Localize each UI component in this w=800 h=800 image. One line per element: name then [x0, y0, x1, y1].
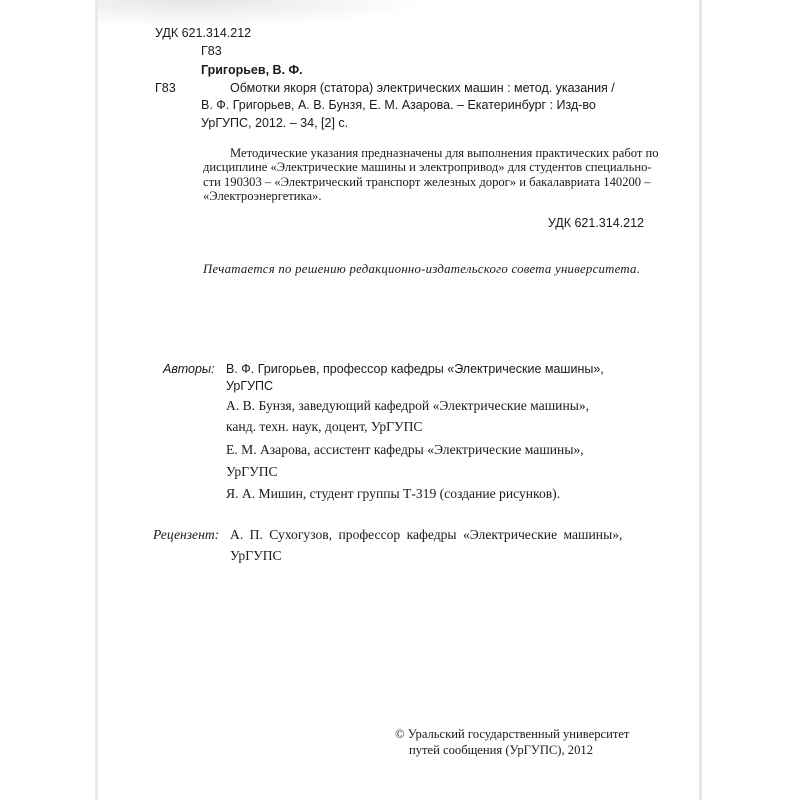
copyright-line1: © Уральский государственный университет [395, 726, 629, 742]
annotation-line: дисциплине «Электрические машины и элект… [203, 160, 644, 174]
annotation-line: Методические указания предназначены для … [203, 146, 644, 160]
udk-code-top: УДК 621.314.212 [155, 24, 251, 42]
book-publisher: УрГУПС, 2012. – 34, [2] с. [201, 114, 348, 132]
author-entry-3-line2: УрГУПС [226, 464, 278, 480]
author-entry-1-line1: В. Ф. Григорьев, профессор кафедры «Элек… [226, 362, 604, 376]
author-heading: Григорьев, В. Ф. [201, 61, 303, 79]
reviewer-line2: УрГУПС [230, 548, 282, 564]
author-entry-2-line2: канд. техн. наук, доцент, УрГУПС [226, 419, 423, 435]
udk-code-right: УДК 621.314.212 [548, 216, 644, 230]
author-entry-4-line1: Я. А. Мишин, студент группы Т-319 (созда… [226, 486, 560, 502]
author-mark-indented: Г83 [201, 42, 222, 60]
annotation-paragraph: Методические указания предназначены для … [203, 146, 644, 204]
imprint-note: Печатается по решению редакционно-издате… [203, 262, 640, 277]
author-mark-left: Г83 [155, 79, 176, 97]
reviewer-line1: А. П. Сухогузов, профессор кафедры «Элек… [230, 527, 622, 543]
annotation-line: сти 190303 – «Электрический транспорт же… [203, 175, 644, 189]
author-entry-2-line1: А. В. Бунзя, заведующий кафедрой «Электр… [226, 398, 589, 414]
annotation-line: «Электроэнергетика». [203, 189, 644, 203]
book-authors: В. Ф. Григорьев, А. В. Бунзя, Е. М. Азар… [201, 96, 596, 114]
author-entry-3-line1: Е. М. Азарова, ассистент кафедры «Электр… [226, 442, 584, 458]
authors-label: Авторы: [163, 362, 215, 376]
author-entry-1-line2: УрГУПС [226, 379, 273, 393]
copyright-line2: путей сообщения (УрГУПС), 2012 [409, 742, 593, 758]
book-title: Обмотки якоря (статора) электрических ма… [230, 79, 615, 97]
reviewer-label: Рецензент: [153, 527, 219, 543]
